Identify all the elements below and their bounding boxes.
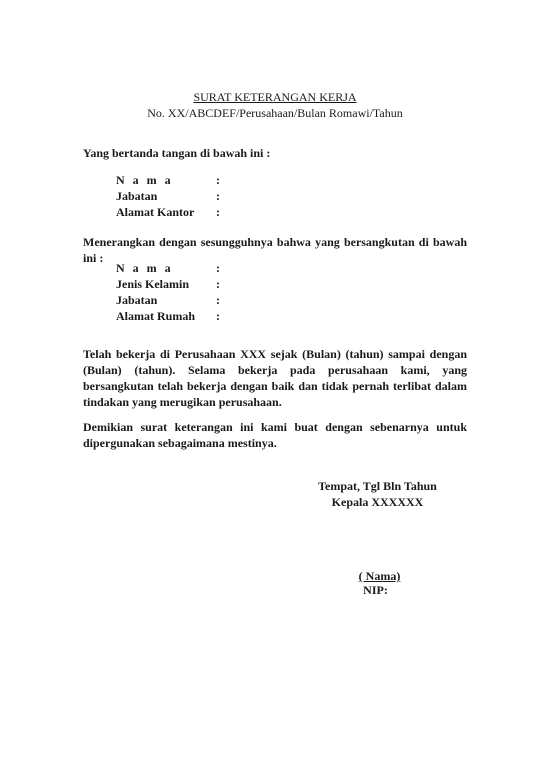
employee-field-position: Jabatan :	[116, 292, 316, 308]
field-label: Alamat Rumah	[116, 308, 195, 324]
signer-field-office-address: Alamat Kantor :	[116, 204, 316, 220]
field-colon: :	[216, 204, 220, 220]
signer-field-name: N a m a :	[116, 172, 316, 188]
field-label: Jabatan	[116, 292, 157, 308]
employee-field-home-address: Alamat Rumah :	[116, 308, 316, 324]
document-number: No. XX/ABCDEF/Perusahaan/Bulan Romawi/Ta…	[0, 105, 550, 121]
field-colon: :	[216, 292, 220, 308]
signature-position: Kepala XXXXXX	[300, 494, 455, 510]
employee-field-gender: Jenis Kelamin :	[116, 276, 316, 292]
employment-paragraph: Telah bekerja di Perusahaan XXX sejak (B…	[83, 346, 467, 410]
document-page: SURAT KETERANGAN KERJA No. XX/ABCDEF/Per…	[0, 0, 550, 777]
intro-text: Yang bertanda tangan di bawah ini :	[83, 145, 467, 161]
field-label: Jabatan	[116, 188, 157, 204]
signer-field-position: Jabatan :	[116, 188, 316, 204]
field-label: N a m a	[116, 260, 173, 276]
field-label: Alamat Kantor	[116, 204, 194, 220]
field-label: N a m a	[116, 172, 173, 188]
signature-place-date: Tempat, Tgl Bln Tahun	[300, 478, 455, 494]
field-colon: :	[216, 188, 220, 204]
field-label: Jenis Kelamin	[116, 276, 189, 292]
employee-fields: N a m a : Jenis Kelamin : Jabatan : Alam…	[116, 260, 316, 324]
field-colon: :	[216, 260, 220, 276]
field-colon: :	[216, 308, 220, 324]
employee-field-name: N a m a :	[116, 260, 316, 276]
closing-paragraph: Demikian surat keterangan ini kami buat …	[83, 419, 467, 451]
document-title: SURAT KETERANGAN KERJA	[0, 89, 550, 105]
field-colon: :	[216, 172, 220, 188]
field-colon: :	[216, 276, 220, 292]
signature-nip: NIP:	[298, 582, 453, 598]
signer-fields: N a m a : Jabatan : Alamat Kantor :	[116, 172, 316, 220]
